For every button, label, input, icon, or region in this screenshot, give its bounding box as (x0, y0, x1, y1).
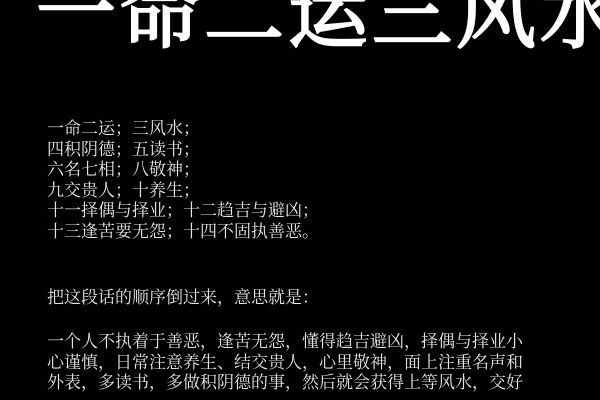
verse-line: 九交贵人；十养生； (47, 181, 319, 202)
verse-line: 六名七相；八敬神； (47, 160, 319, 181)
verse-line: 十三逢苦要无怨；十四不固执善恶。 (47, 222, 319, 243)
intro-paragraph: 把这段话的顺序倒过来，意思就是： (47, 288, 319, 309)
explanation-line: 心谨慎，日常注意养生、结交贵人，心里敬神，面上注重名声和 (47, 353, 523, 374)
verse-line: 四积阴德；五读书； (47, 140, 319, 161)
explanation-line: 一个人不执着于善恶，逢苦无怨，懂得趋吉避凶，择偶与择业小 (47, 332, 523, 353)
explanation-paragraph: 一个人不执着于善恶，逢苦无怨，懂得趋吉避凶，择偶与择业小 心谨慎，日常注意养生、… (47, 332, 523, 394)
verse-line: 十一择偶与择业；十二趋吉与避凶； (47, 201, 319, 222)
verse-list: 一命二运；三风水； 四积阴德；五读书； 六名七相；八敬神； 九交贵人；十养生； … (47, 119, 319, 242)
verse-line: 一命二运；三风水； (47, 119, 319, 140)
page-title: 一命二运三风水 (36, 0, 600, 54)
explanation-line: 外表，多读书，多做积阴德的事，然后就会获得上等风水，交好 (47, 373, 523, 394)
